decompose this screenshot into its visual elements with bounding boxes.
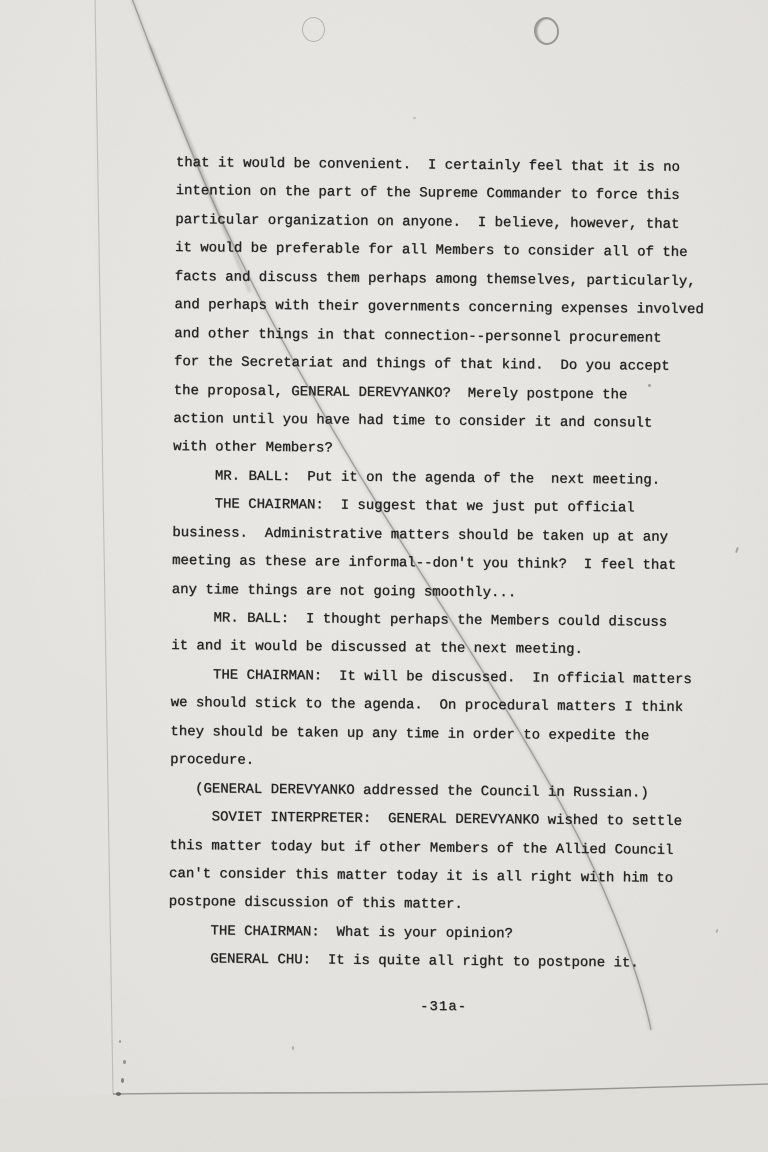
ink-speck xyxy=(715,929,718,933)
page-number: -31a- xyxy=(420,999,467,1015)
ink-speck xyxy=(648,384,651,387)
hole-punch-left xyxy=(302,17,325,42)
ink-speck xyxy=(123,1060,126,1064)
typed-line: and perhaps with their governments conce… xyxy=(174,291,704,325)
typed-lines: that it would be convenient. I certainly… xyxy=(168,149,705,979)
typed-line: THE CHAIRMAN: I suggest that we just put… xyxy=(172,490,702,524)
backing-sheet xyxy=(0,1085,768,1152)
ink-speck xyxy=(413,117,416,119)
ink-speck xyxy=(116,1092,121,1096)
ink-speck xyxy=(292,1046,294,1050)
hole-punch-right xyxy=(532,15,561,46)
typed-line: SOVIET INTERPRETER: GENERAL DEREVYANKO w… xyxy=(169,803,699,837)
typed-line: meeting as these are informal--don't you… xyxy=(172,547,702,581)
ink-speck xyxy=(121,1078,124,1083)
ink-speck xyxy=(265,158,268,161)
ink-speck xyxy=(119,1040,121,1043)
typed-line: procedure. xyxy=(170,746,700,780)
typed-line: for the Secretariat and things of that k… xyxy=(174,348,704,382)
ink-speck xyxy=(735,547,739,553)
page-left-edge xyxy=(95,0,113,1094)
backing-sheet-left-strip xyxy=(0,0,95,1152)
page-bottom-edge xyxy=(113,1084,768,1094)
typed-line: GENERAL CHU: It is quite all right to po… xyxy=(168,945,698,979)
scanned-document-page: that it would be convenient. I certainly… xyxy=(0,0,768,1152)
